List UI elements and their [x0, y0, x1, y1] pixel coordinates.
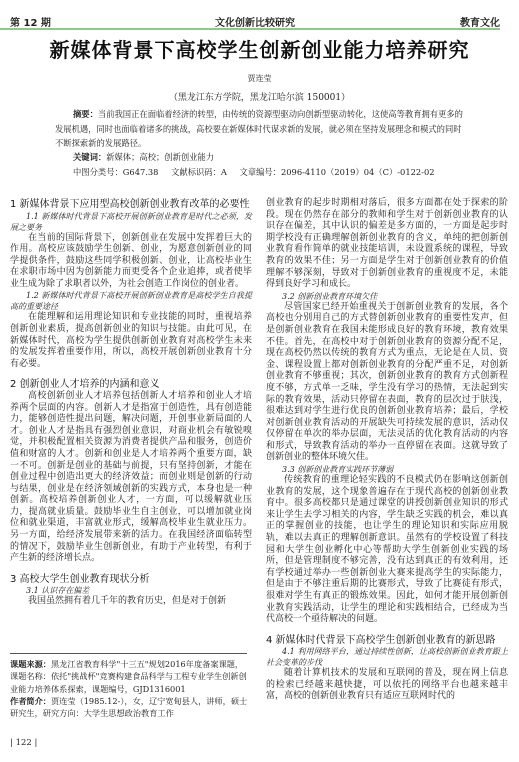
- section-4-1-heading: 4.1 利用网络平台，通过持续性创新，让高校创新创业教育跟上社会变革的步伐: [266, 646, 508, 668]
- abstract-label: 摘要：: [73, 109, 98, 119]
- footnote-divider: [10, 653, 247, 654]
- author-bio: 作者简介：贾连莹（1985.12-），女，辽宁宽甸县人，讲师，硕士研究生，研究方…: [10, 695, 250, 720]
- section-3-3-heading: 3.3 创新创业教育实践环节薄弱: [266, 464, 508, 475]
- section-1-2-heading: 1.2 新媒体时代背景下高校开展创新创业教育是高校学生自我提高的重要途径: [10, 290, 252, 312]
- section-3-1-paragraph: 我国虽然拥有着几千年的教育历史，但是对于创新: [10, 596, 252, 608]
- running-header: 第 12 期 文化创新比较研究 教育文化: [10, 10, 500, 28]
- keywords-text: 新媒体；高校；创新创业能力: [106, 152, 214, 162]
- section-4-1-paragraph: 随着计算机技术的发展和互联网的普及，现在网上信息的检索已经越来越快捷，可以依托的…: [266, 668, 508, 703]
- section-2-heading: 2 创新创业人才培养的内涵和意义: [10, 379, 252, 391]
- header-divider: [0, 28, 500, 30]
- section-1-1-heading: 1.1 新媒体时代背景下高校开展创新创业教育是时代之必须，发展之要务: [10, 211, 252, 233]
- keywords-label: 关键词：: [73, 152, 106, 162]
- author-affiliation: （黑龙江东方学院，黑龙江哈尔滨 150001）: [0, 90, 519, 103]
- funding-source: 课题来源：黑龙江省教育科学"十三五"规划2016年度备案课题，课题名称：依托"挑…: [10, 658, 250, 695]
- section-3-2-heading: 3.2 创新创业教育环境欠佳: [266, 291, 508, 302]
- section-3-1-heading: 3.1 认识存在偏差: [10, 585, 252, 596]
- section-3-2-paragraph: 尽管国家已经开始重视关于创新创业教育的发展，各个高校也分别用自己的方式替创新创业…: [266, 302, 508, 464]
- section-1-heading: 1 新媒体背景下应用型高校创新创业教育改革的必要性: [10, 199, 252, 211]
- left-column: 1 新媒体背景下应用型高校创新创业教育改革的必要性 1.1 新媒体时代背景下高校…: [10, 199, 252, 608]
- bio-label: 作者简介：: [10, 696, 51, 706]
- section-2-paragraph: 高校创新创业人才培养包括创新人才培养和创业人才培养两个层面的内容。创新人才是指富…: [10, 391, 252, 565]
- clc-number: 中图分类号：G647.38: [73, 167, 158, 177]
- section-3-heading: 3 高校大学生创业教育现状分析: [10, 574, 252, 586]
- section-1-1-paragraph: 在当前的国际背景下，创新创业在发展中发挥着巨大的作用。高校应该鼓励学生创新、创业…: [10, 233, 252, 291]
- section-3-1-paragraph-continued: 创业教育的起步时期相对落后，很多方面都在处于探索的阶段。现在仍然存在部分的教师和…: [266, 198, 508, 291]
- keywords: 关键词：新媒体；高校；创新创业能力: [73, 151, 214, 163]
- document-code: 文献标识码：A: [171, 167, 227, 177]
- author-name: 贾连莹: [0, 73, 519, 84]
- page-number: | 122 |: [10, 738, 37, 748]
- funding-label: 课题来源：: [10, 659, 51, 669]
- right-column: 创业教育的起步时期相对落后，很多方面都在处于探索的阶段。现在仍然存在部分的教师和…: [266, 198, 508, 703]
- classification-meta: 中图分类号：G647.38 文献标识码：A 文章编号：2096-4110（201…: [73, 166, 445, 178]
- article-number: 文章编号：2096-4110（2019）04（C）-0122-02: [240, 167, 435, 177]
- section-name: 教育文化: [460, 14, 500, 29]
- abstract-text: 当前我国正在面临着经济的转型，由传统的资源型驱动向创新型驱动转化，这使高等教育拥…: [55, 109, 463, 148]
- journal-name: 文化创新比较研究: [10, 14, 500, 29]
- section-3-3-paragraph: 传统教育的重理论轻实践的不良模式仍在影响这创新创业教育的发展，这个现象普遍存在于…: [266, 475, 508, 626]
- section-4-heading: 4 新媒体时代背景下高校学生创新创业教育的新思路: [266, 635, 508, 647]
- section-1-2-paragraph: 在能理解和运用理论知识和专业技能的同时，重视培养创新创业素质，提高创新创业的知识…: [10, 312, 252, 370]
- footnote: 课题来源：黑龙江省教育科学"十三五"规划2016年度备案课题，课题名称：依托"挑…: [10, 658, 250, 719]
- article-title: 新媒体背景下高校学生创新创业能力培养研究: [0, 34, 519, 63]
- abstract: 摘要：当前我国正在面临着经济的转型，由传统的资源型驱动向创新型驱动转化，这使高等…: [55, 107, 465, 151]
